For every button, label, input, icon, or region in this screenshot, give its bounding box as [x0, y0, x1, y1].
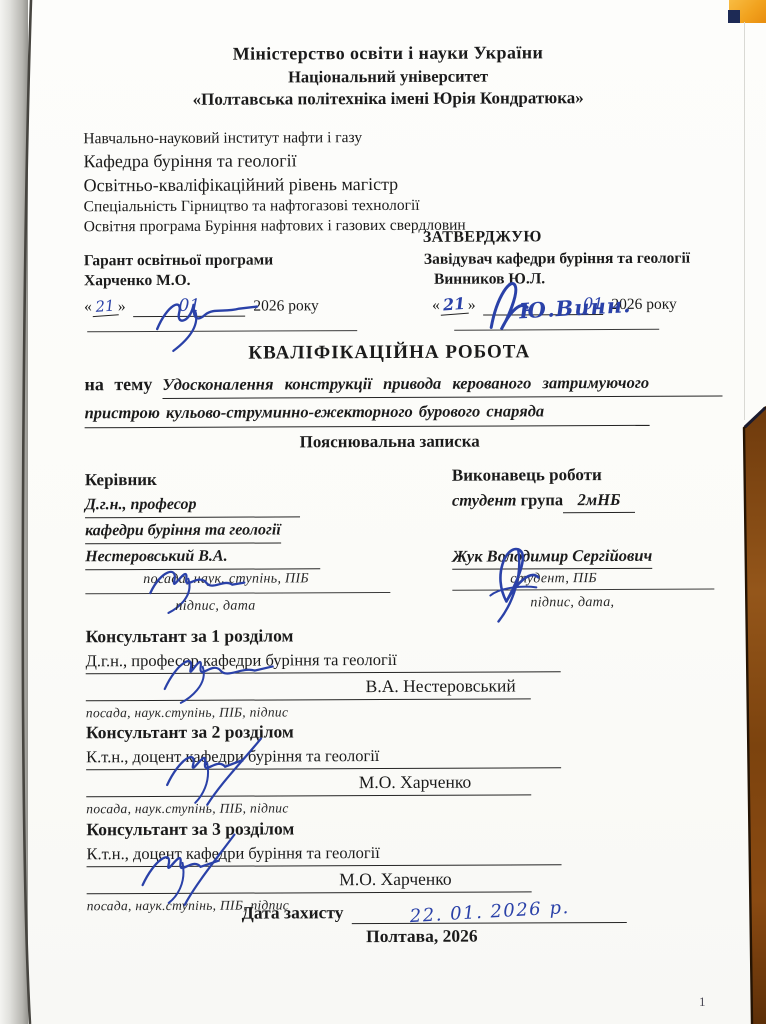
consultant2-block: Консультант за 2 розділом К.т.н., доцент…	[86, 717, 646, 820]
consultant2-name: М.О. Харченко	[86, 768, 531, 797]
approve-label: ЗАТВЕРДЖУЮ	[423, 228, 542, 247]
executor-block: Виконавець роботи студент група2мНБ Жук …	[452, 461, 743, 589]
university-line1: Національний університет	[78, 64, 698, 88]
executor-label: Виконавець роботи	[452, 461, 742, 487]
supervisor-label: Керівник	[85, 466, 425, 492]
approval-left-name: Харченко М.О.	[84, 270, 404, 291]
supervisor-signature-line	[85, 592, 390, 594]
ministry-line: Міністерство освіти і науки України	[78, 41, 698, 67]
supervisor-line2: кафедри буріння та геології	[85, 517, 281, 544]
department-line: Кафедра буріння та геології	[83, 147, 713, 174]
supervisor-block: Керівник Д.г.н., професор кафедри бурінн…	[85, 466, 426, 590]
defense-date-row: Дата захисту 22. 01. 2026 р.	[242, 901, 627, 925]
document-content: Міністерство освіти і науки України Наці…	[0, 0, 766, 1024]
page-number: 1	[699, 994, 706, 1010]
approval-left-month-line: 01	[133, 296, 245, 317]
consultant1-heading: Консультант за 1 розділом	[85, 621, 645, 649]
approval-left-year: 2026 року	[253, 297, 319, 314]
topic-block: на тему Удосконалення конструкції привод…	[84, 369, 722, 429]
approval-right-title: Завідувач кафедри буріння та геології	[424, 248, 734, 269]
executor-group-label: група	[521, 490, 564, 509]
approval-left-month: 01	[179, 296, 201, 316]
supervisor-caption1: посада, наук. ступінь, ПІБ	[85, 569, 425, 590]
consultant2-heading: Консультант за 2 розділом	[86, 717, 646, 745]
approval-left-signature-line	[87, 330, 357, 332]
institution-block: Навчально-науковий інститут нафти і газу…	[83, 126, 713, 238]
approval-right-signature-text: Ю.Винн.	[518, 292, 632, 323]
defense-date-label: Дата захисту	[242, 902, 344, 922]
executor-caption2: підпис, дата,	[530, 595, 614, 611]
scanned-title-page: Міністерство освіти і науки України Наці…	[0, 0, 766, 1024]
approval-right-day: 21	[439, 294, 468, 316]
approval-left-column: Гарант освітньої програми Харченко М.О. …	[84, 250, 404, 317]
topic-line1: Удосконалення конструкції привода керова…	[162, 369, 722, 399]
supervisor-line1: Д.г.н., професор	[85, 491, 300, 518]
executor-caption1: студент, ПІБ	[452, 568, 742, 589]
consultant1-block: Консультант за 1 розділом Д.г.н., профес…	[85, 621, 645, 724]
consultant3-heading: Консультант за 3 розділом	[86, 814, 646, 842]
executor-student-label: студент	[452, 490, 517, 509]
executor-group-value: 2мНБ	[563, 487, 635, 513]
defense-date-line: 22. 01. 2026 р.	[352, 901, 627, 924]
supervisor-name: Нестеровський В.А.	[85, 543, 320, 570]
executor-signature-line	[452, 589, 714, 591]
consultant3-name: М.О. Харченко	[87, 865, 532, 894]
university-line2: «Полтавська політехніка імені Юрія Кондр…	[78, 86, 698, 111]
approval-left-day: 21	[91, 296, 118, 317]
consultant1-name: В.А. Нестеровський	[86, 672, 531, 701]
defense-date-handwritten: 22. 01. 2026 р.	[409, 897, 570, 927]
level-line: Освітньо-кваліфікаційний рівень магістр	[84, 171, 714, 198]
quote-close: »	[118, 298, 126, 315]
consultant1-position: Д.г.н., професор кафедри буріння та геол…	[86, 647, 561, 674]
city-year: Полтава, 2026	[112, 924, 732, 948]
subtitle: Пояснювальна записка	[80, 431, 700, 454]
work-type-title: КВАЛІФІКАЦІЙНА РОБОТА	[79, 341, 699, 366]
header-block: Міністерство освіти і науки України Наці…	[78, 41, 698, 112]
program-line: Освітня програма Буріння нафтових і газо…	[84, 215, 714, 238]
quote-close: »	[468, 297, 476, 314]
consultant3-position: К.т.н., доцент кафедри буріння та геолог…	[86, 840, 561, 867]
approval-left-date-line: «21» 01 2026 року	[84, 295, 404, 317]
executor-name: Жук Володимир Сергійович	[452, 543, 652, 570]
approval-right-signature-line	[454, 329, 659, 331]
supervisor-caption2: підпис, дата	[175, 599, 255, 615]
topic-label: на тему	[84, 371, 152, 398]
approval-right-name: Винников Ю.Л.	[424, 268, 734, 289]
specialty-line: Спеціальність Гірництво та нафтогазові т…	[84, 195, 714, 218]
topic-line2: пристрою кульово-струминно-ежекторного б…	[85, 397, 650, 428]
institute-line: Навчально-науковий інститут нафти і газу	[83, 126, 713, 150]
consultant2-position: К.т.н., доцент кафедри буріння та геолог…	[86, 743, 561, 770]
approval-left-title: Гарант освітньої програми	[84, 250, 404, 271]
topic-line1-row: на тему Удосконалення конструкції привод…	[84, 369, 722, 400]
